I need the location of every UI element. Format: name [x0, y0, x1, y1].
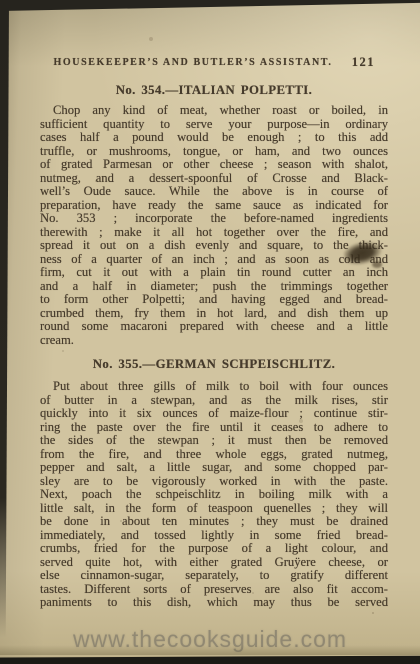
- paragraph-line: little salt, in the form of teaspoon que…: [40, 502, 388, 516]
- paragraph-line: firm, cut it out with a plain tin round …: [40, 266, 388, 280]
- paragraph-line: spread it out on a dish evenly and squar…: [40, 239, 388, 253]
- recipe-355-heading: No. 355.—GERMAN SCHPEISCHLITZ.: [40, 357, 388, 372]
- scanned-book-page: HOUSEKEEPER’S AND BUTLER’S ASSISTANT. 12…: [0, 0, 420, 664]
- photo-edge-top: [0, 0, 420, 13]
- paragraph-line: round some macaroni prepared with cheese…: [40, 320, 388, 334]
- photo-edge-left: [0, 0, 9, 664]
- paragraph-line: No. 353 ; incorporate the before-named i…: [40, 212, 388, 226]
- paragraph-line: paniments to this dish, which may thus b…: [40, 596, 388, 610]
- paragraph-line: be done in about ten minutes ; they must…: [40, 515, 388, 529]
- paragraph-line: Put about three gills of milk to boil wi…: [40, 380, 388, 394]
- ink-blot-dot: [372, 261, 382, 268]
- recipe-355-paragraph: Put about three gills of milk to boil wi…: [40, 380, 388, 610]
- photo-edge-bottom: [0, 655, 420, 664]
- paragraph-line: ring the paste over the fire until it ce…: [40, 421, 388, 435]
- paragraph-line: from the fire, and three whole eggs, gra…: [40, 448, 388, 462]
- paragraph-line: served quite hot, with either grated Gru…: [40, 556, 388, 570]
- paragraph-line: nutmeg, and a dessert-spoonful of Crosse…: [40, 172, 388, 186]
- running-header: HOUSEKEEPER’S AND BUTLER’S ASSISTANT. 12…: [40, 57, 388, 68]
- page-bottom-shadow: [0, 645, 420, 655]
- paragraph-line: else cinnamon-sugar, separately, to grat…: [40, 569, 388, 583]
- paragraph-line: pepper and salt, a little sugar, and som…: [40, 461, 388, 475]
- paragraph-line: sufficient quantity to serve your purpos…: [40, 118, 388, 132]
- paragraph-line: truffle, or mushrooms, tongue, or ham, a…: [40, 145, 388, 159]
- paragraph-line: cases half a pound would be enough ; to …: [40, 131, 388, 145]
- paragraph-line: crumbed them, fry them in hot lard, and …: [40, 307, 388, 321]
- page-content: HOUSEKEEPER’S AND BUTLER’S ASSISTANT. 12…: [40, 57, 388, 610]
- paragraph-line: immediately, and tossed lightly in some …: [40, 529, 388, 543]
- paragraph-line: Chop any kind of meat, whether roast or …: [40, 104, 388, 118]
- paragraph-line: cream.: [40, 334, 388, 348]
- running-header-title: HOUSEKEEPER’S AND BUTLER’S ASSISTANT.: [54, 57, 333, 68]
- paragraph-line: the sides of the stewpan ; it must then …: [40, 434, 388, 448]
- page-number: 121: [352, 55, 375, 70]
- paragraph-line: and a half in diameter; push the trimmin…: [40, 280, 388, 294]
- paragraph-line: to form other Polpetti; and having egged…: [40, 293, 388, 307]
- paragraph-line: tastes. Different sorts of preserves are…: [40, 583, 388, 597]
- paragraph-line: of butter in a stewpan, and as the milk …: [40, 394, 388, 408]
- paragraph-line: ness of a quarter of an inch ; and as so…: [40, 253, 388, 267]
- paragraph-line: therewith ; make it all hot together ove…: [40, 226, 388, 240]
- paragraph-line: sley are to be vigorously worked in with…: [40, 475, 388, 489]
- paragraph-line: of grated Parmesan or other cheese ; sea…: [40, 158, 388, 172]
- recipe-354-heading: No. 354.—ITALIAN POLPETTI.: [40, 83, 388, 98]
- paragraph-line: crumbs, fried for the purpose of a light…: [40, 542, 388, 556]
- paragraph-line: Next, poach the schpeischlitz in boiling…: [40, 488, 388, 502]
- paragraph-line: well’s Oude sauce. While the above is in…: [40, 185, 388, 199]
- paragraph-line: quickly into it six ounces of maize-flou…: [40, 407, 388, 421]
- recipe-354-paragraph: Chop any kind of meat, whether roast or …: [40, 104, 388, 347]
- paragraph-line: preparation, have ready the same sauce a…: [40, 199, 388, 213]
